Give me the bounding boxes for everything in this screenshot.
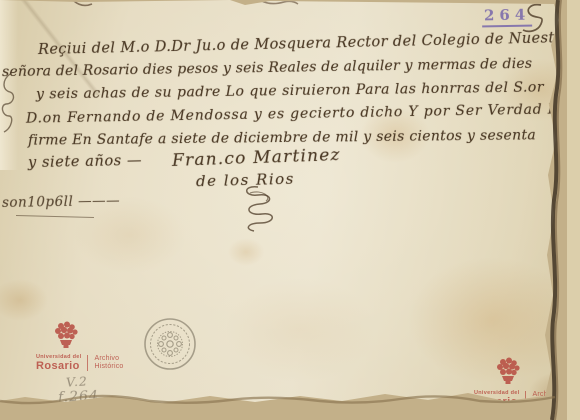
margin-amount-underline [16, 215, 94, 218]
rosario-rosette-icon [492, 356, 524, 388]
manuscript-line-4: D.on Fernando de Mendossa y es gecierto … [26, 101, 567, 126]
pencil-volume-note: V.2 [66, 373, 89, 389]
signature-rubric-icon [228, 183, 288, 233]
watermark-divider [87, 355, 88, 371]
manuscript-page: 264 Reçiui del M.o D.Dr Ju.o de Mosquera… [0, 0, 580, 420]
watermark-unit-line2: Histórico [94, 363, 123, 371]
manuscript-line-1: Reçiui del M.o D.Dr Ju.o de Mosquera Rec… [38, 30, 571, 58]
margin-rubric-icon [0, 72, 18, 134]
signature-name: Fran.co Martinez [172, 145, 341, 171]
margin-amount-note: son10p6ll ——— [2, 193, 120, 211]
manuscript-line-5: firme En Santafe a siete de diciembre de… [28, 127, 536, 148]
watermark-unit-line1: Archivo [94, 355, 123, 363]
torn-edge-bottom [0, 392, 580, 412]
archival-document-scan: 264 Reçiui del M.o D.Dr Ju.o de Mosquera… [0, 0, 580, 420]
manuscript-line-2: señora del Rosario dies pesos y seis Rea… [2, 56, 532, 80]
torn-edge-right [544, 0, 570, 420]
watermark-org-line2: Rosario [36, 360, 81, 372]
embossed-seal-icon [143, 317, 197, 371]
edge-ink-marks-icon [70, 0, 310, 10]
manuscript-line-3: y seis achas de su padre Lo que siruiero… [36, 79, 544, 102]
rosario-rosette-icon [50, 320, 82, 352]
manuscript-line-6: y siete años — [28, 153, 142, 171]
